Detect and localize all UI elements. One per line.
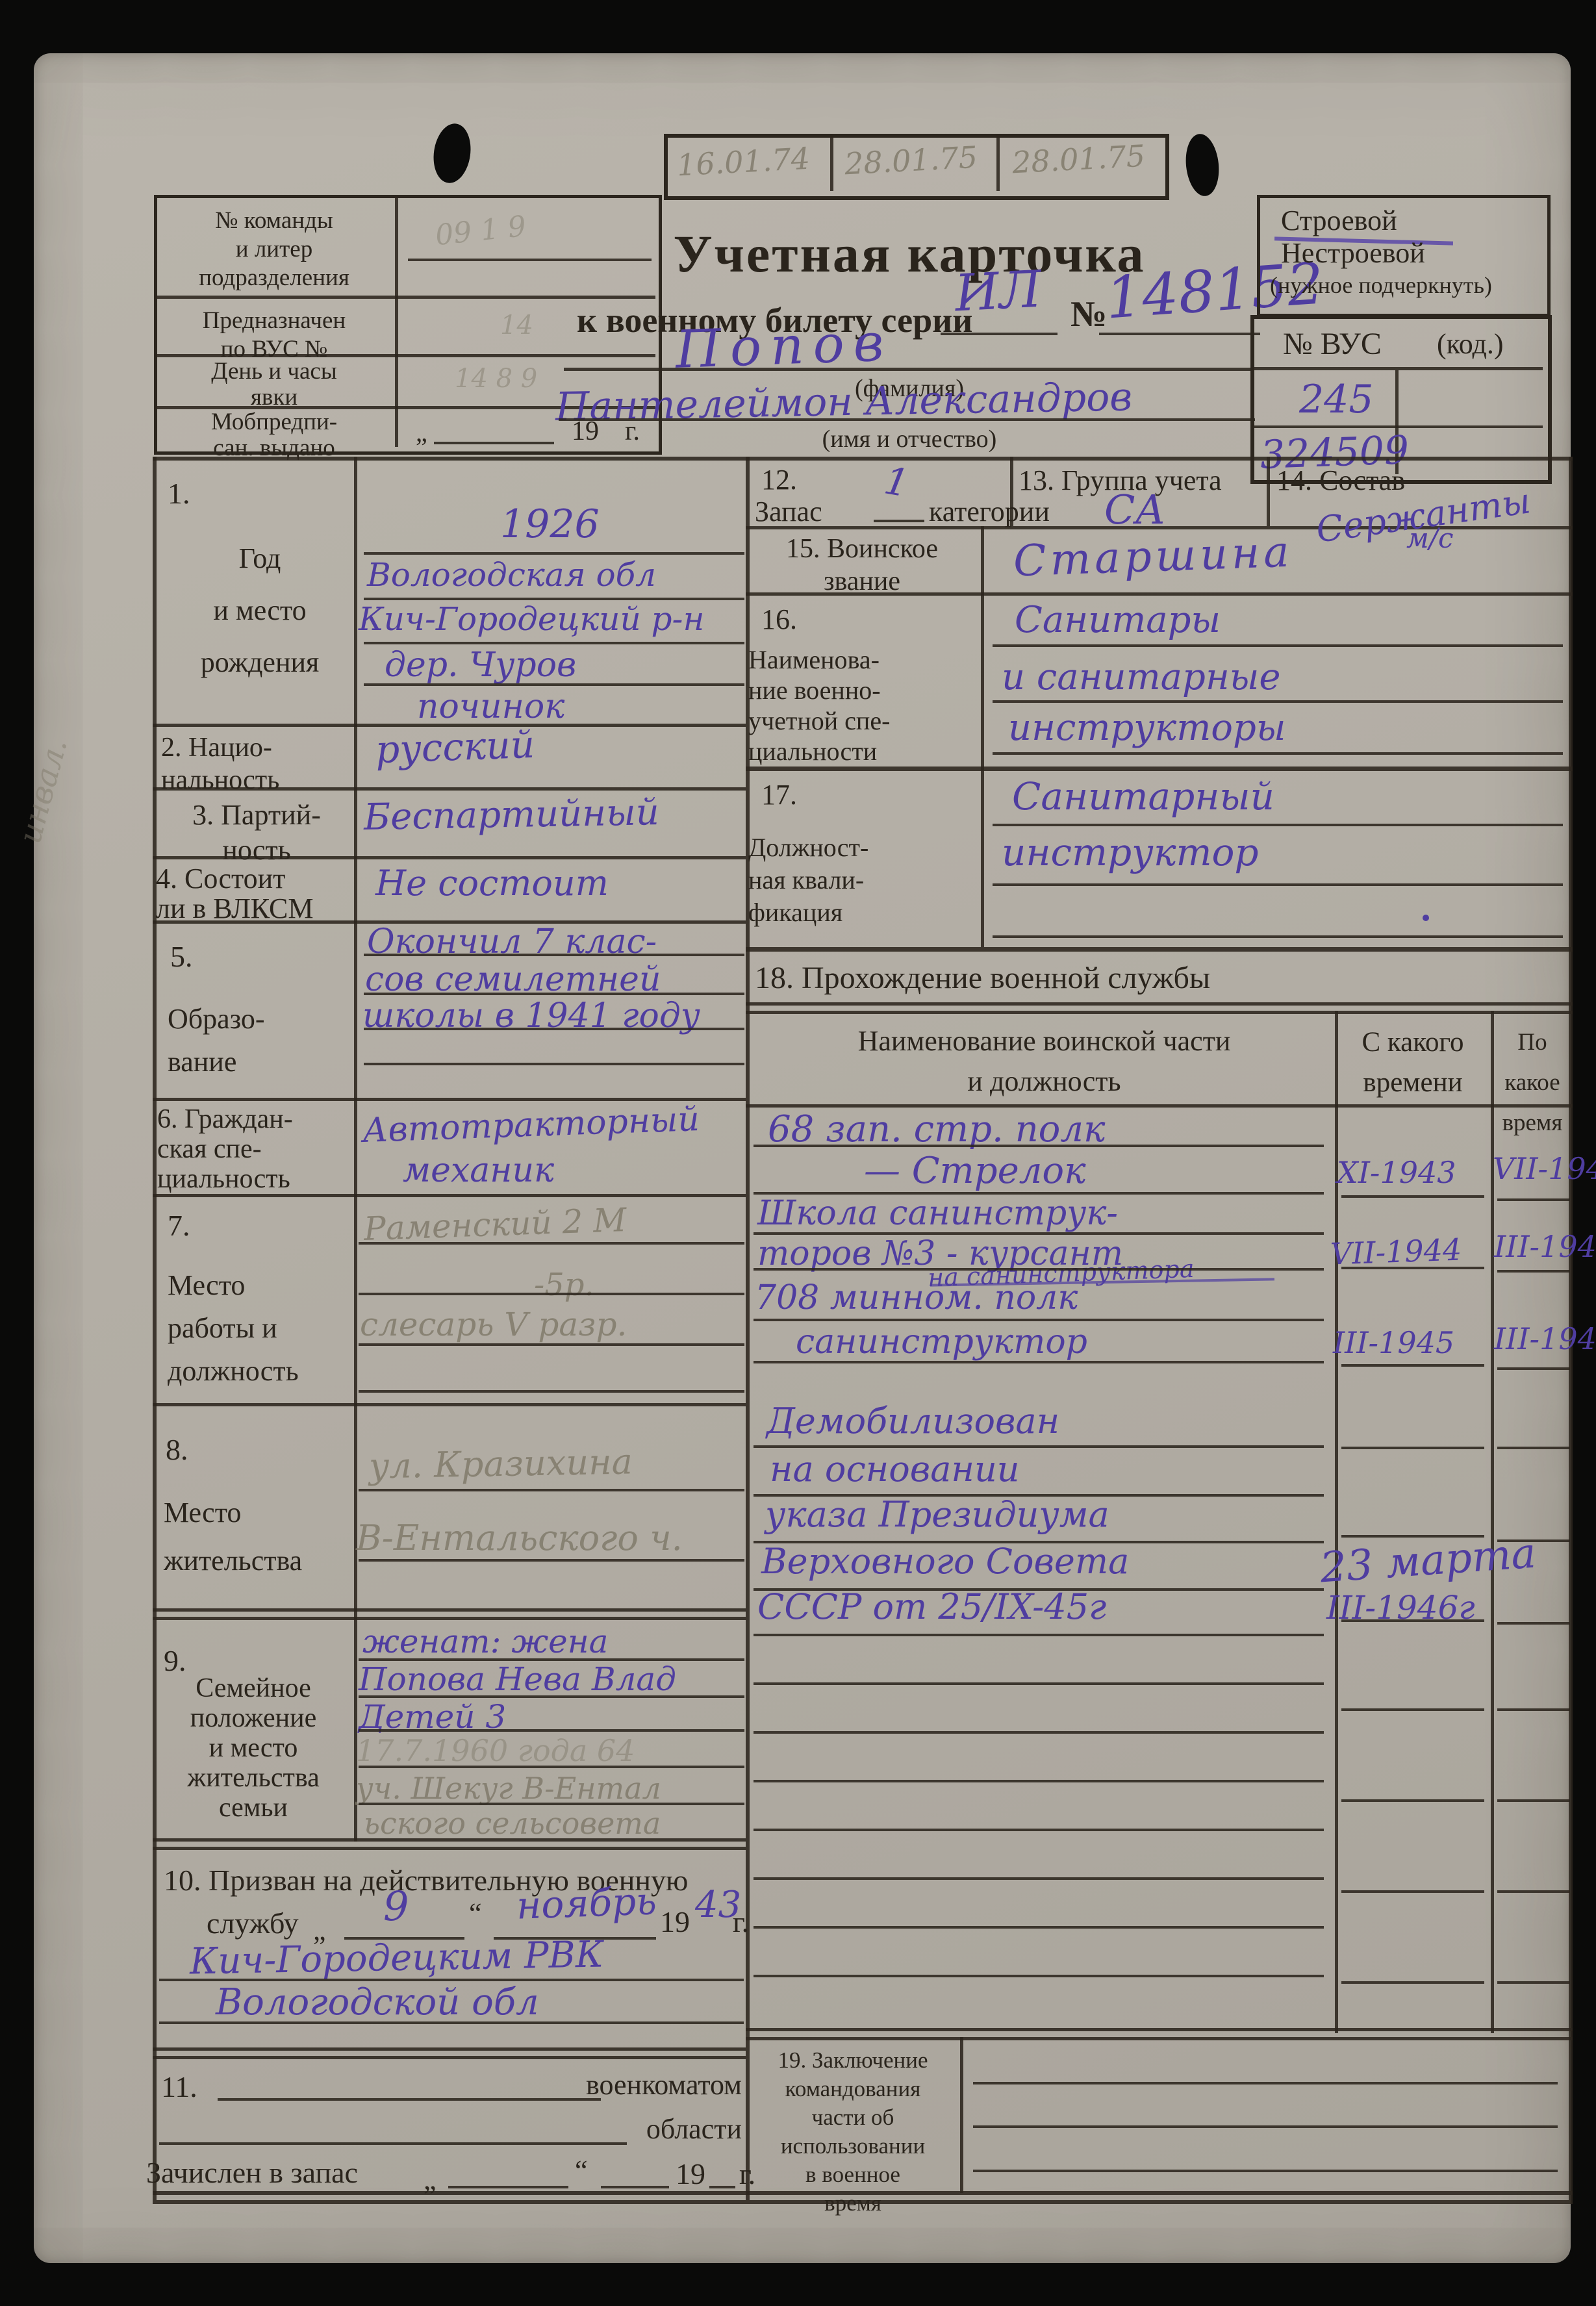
field11-voenkomat: военкоматом: [572, 2068, 742, 2101]
field1-year: 1926: [500, 501, 600, 547]
write-line: [364, 1028, 744, 1030]
reg-row-label: № команды и литер подразделения: [157, 207, 391, 292]
field-rule: [153, 2056, 746, 2059]
service-row1-position: — Стрелок: [864, 1150, 1086, 1192]
field10-month: ноябрь: [516, 1879, 657, 1927]
write-line: [993, 883, 1563, 886]
reg-row-label: Предназначен по ВУС №: [157, 307, 391, 364]
write-line: [1497, 1270, 1570, 1273]
write-line: [754, 1319, 1324, 1321]
write-line: [754, 1634, 1324, 1636]
field7-line2: -5р.: [534, 1267, 594, 1303]
stamp-date: 28.01.75: [844, 140, 978, 182]
write-line: [754, 1877, 1324, 1880]
field10-day: 9: [383, 1882, 409, 1930]
field3-label: 3. Партий- ность: [159, 798, 354, 868]
label-divider: [960, 2037, 963, 2193]
write-line: [993, 824, 1563, 826]
field6-label: 6. Граждан- ская спе- циальность: [157, 1104, 355, 1194]
field1-village: дер. Чуров: [385, 646, 576, 685]
field2-value: русский: [375, 722, 535, 772]
service-row2-from: VII-1944: [1330, 1232, 1462, 1271]
field9-label: Семейное положение и место жительства се…: [156, 1673, 351, 1823]
service-row2-unit1: Школа санинструк-: [757, 1194, 1118, 1233]
write-line: [1341, 1708, 1484, 1711]
service-row3-unit: 708 минном. полк: [755, 1278, 1078, 1317]
field-rule: [153, 1194, 746, 1197]
field8-label: Место жительства: [164, 1489, 352, 1585]
write-line: [973, 2170, 1558, 2172]
demob-line3: указа Президиума: [765, 1494, 1109, 1535]
combat-line3: (нужное подчеркнуть): [1270, 272, 1492, 299]
field16-number: 16.: [761, 603, 797, 636]
service-row3-from: III-1945: [1333, 1325, 1454, 1360]
table-col2-header: С какого времени: [1337, 1022, 1489, 1103]
field16-line1: Санитары: [1015, 599, 1221, 641]
write-line: [1497, 1799, 1570, 1802]
write-line: [364, 642, 744, 644]
ink-dot: [1423, 915, 1429, 921]
write-line: [364, 954, 744, 956]
field-rule: [153, 1617, 746, 1620]
divider: [1267, 457, 1270, 526]
write-line: [709, 2186, 735, 2188]
write-line: [1497, 1890, 1570, 1893]
divider: [996, 135, 1000, 191]
field10-label2: службу: [207, 1906, 299, 1940]
write-line: [359, 1559, 744, 1562]
write-line: [1497, 1981, 1570, 1984]
write-line: [754, 1361, 1324, 1363]
frame-rule: [153, 457, 157, 2200]
write-line: [1497, 1447, 1570, 1449]
write-line: [754, 1975, 1324, 1977]
field-rule: [746, 947, 1573, 952]
quote-mark: „: [416, 417, 427, 448]
divider: [395, 196, 398, 447]
field12-number: 12.: [761, 463, 797, 496]
field-rule: [153, 1847, 746, 1850]
write-line: [218, 2098, 601, 2101]
write-line: [1341, 1447, 1484, 1449]
field13-value-handwriting: СА: [1104, 486, 1165, 533]
field14-label: 14. Состав: [1276, 464, 1405, 497]
write-line: [993, 935, 1563, 938]
year-19: 19: [676, 2157, 705, 2191]
write-line: [359, 1489, 744, 1491]
field8-line2: В-Ентальского ч.: [356, 1517, 683, 1558]
field9-line4: 17.7.1960 года 64: [356, 1733, 635, 1768]
write-line: [973, 2125, 1558, 2128]
demob-line2: на основании: [770, 1449, 1020, 1489]
field2-label: 2. Нацио- нальность: [161, 731, 356, 796]
write-line: [434, 442, 554, 444]
field8-line1: ул. Кразихина: [368, 1441, 633, 1486]
write-line: [1341, 1981, 1484, 1984]
write-line: [754, 1445, 1324, 1448]
field16-line3: инструкторы: [1008, 707, 1286, 749]
field17-line1: Санитарный: [1012, 774, 1274, 818]
field1-number: 1.: [168, 476, 190, 511]
write-line: [1341, 1267, 1484, 1269]
write-line: [941, 333, 1058, 335]
write-line: [408, 259, 652, 261]
table-col3-header: По какое время: [1491, 1022, 1573, 1143]
field4-label: 4. Состоит ли в ВЛКСМ: [156, 864, 357, 924]
write-line: [1497, 1708, 1570, 1711]
field8-number: 8.: [166, 1432, 188, 1467]
demob-date2-handwriting: III-1946г: [1326, 1589, 1475, 1627]
field16-label: Наименова- ние военно- учетной спе- циал…: [748, 644, 972, 767]
field10-oblast: Вологодской обл: [216, 1981, 539, 2023]
number-sign: №: [1070, 294, 1107, 335]
write-line: [159, 2021, 744, 2024]
scanned-card-page: инвал. № команды и литер подразделения 0…: [0, 0, 1596, 2306]
field-rule: [746, 1011, 1573, 1014]
field-rule: [153, 2047, 746, 2051]
write-line: [601, 2186, 669, 2188]
combat-line2: Нестроевой: [1281, 236, 1425, 270]
combat-line1: Строевой: [1281, 204, 1397, 237]
year-g: г.: [733, 1905, 749, 1939]
field-rule: [746, 767, 1573, 771]
field17-line2: инструктор: [1002, 830, 1259, 874]
field10-rvk: Кич-Городецким РВК: [189, 1933, 603, 1983]
year-19: 19: [660, 1905, 690, 1939]
field-rule: [746, 1002, 1573, 1006]
field5-label: Образо- вание: [168, 998, 356, 1083]
write-line: [159, 2142, 627, 2145]
write-line: [993, 752, 1563, 755]
write-line: [1497, 1622, 1570, 1625]
field1-label: Год и место рождения: [166, 533, 354, 689]
write-line: [1497, 1367, 1570, 1370]
write-line: [754, 1731, 1324, 1734]
field-rule: [153, 1608, 746, 1612]
field9-line2: Попова Нева Влад: [359, 1660, 676, 1698]
table-col1-header: Наименование воинской части и должность: [763, 1021, 1325, 1102]
quote-mark: “: [575, 2154, 588, 2187]
write-line: [754, 1926, 1324, 1929]
write-line: [1099, 333, 1260, 335]
write-line: [754, 1682, 1324, 1685]
divider: [155, 296, 655, 299]
write-line: [359, 1729, 744, 1732]
field6-line2: механик: [403, 1151, 554, 1190]
field15-rank-handwriting: Старшина: [1013, 527, 1294, 587]
service-row1-from: XI-1943: [1337, 1155, 1456, 1190]
service-row3-position: санинструктор: [796, 1323, 1087, 1362]
reg-row-value: 14: [500, 310, 533, 340]
field1-district: Кич-Городецкий р-н: [359, 600, 704, 638]
write-line: [359, 1293, 744, 1295]
reg-row-label: Мобпредпи- сан. выдано: [157, 409, 391, 461]
field12-kategorii: категории: [929, 495, 1050, 528]
field7-number: 7.: [168, 1208, 190, 1243]
field9-line5: уч. Шекуг В-Ентал: [356, 1771, 661, 1806]
divider: [830, 135, 833, 191]
vus-header: № ВУС: [1283, 326, 1382, 362]
write-line: [993, 700, 1563, 703]
write-line: [359, 1803, 744, 1805]
write-line: [1341, 1364, 1484, 1367]
write-line: [364, 552, 744, 555]
stamp-date: 28.01.75: [1011, 138, 1146, 181]
demob-line4: Верховного Совета: [761, 1541, 1129, 1582]
field5-number: 5.: [170, 939, 193, 974]
write-line: [359, 1766, 744, 1768]
write-line: [754, 1829, 1324, 1831]
write-line: [754, 1145, 1324, 1147]
field11-number: 11.: [161, 2070, 197, 2104]
demob-line5: СССР от 25/IX-45г: [757, 1586, 1106, 1627]
field-rule: [153, 1403, 746, 1406]
field1-region: Вологодская обл: [367, 556, 656, 594]
card-title: Учетная карточка: [663, 223, 1156, 285]
series-handwriting: ИЛ: [954, 260, 1043, 323]
write-line: [564, 368, 1254, 371]
field12-zapas: Запас: [755, 495, 822, 528]
write-line: [754, 1268, 1324, 1271]
write-line: [359, 1390, 744, 1393]
demob-line1: Демобилизован: [766, 1400, 1059, 1441]
reg-row-label: День и часы явки: [157, 359, 391, 411]
service-row1-to: VII-1944: [1493, 1151, 1596, 1186]
write-line: [359, 1343, 744, 1346]
quote-mark: „: [424, 2163, 437, 2196]
name-caption: (имя и отчество): [734, 425, 1085, 453]
field9-line6: ьского сельсовета: [364, 1806, 661, 1841]
field11-oblast: области: [624, 2112, 742, 2146]
section19-label: 19. Заключение командования части об исп…: [746, 2046, 960, 2218]
write-line: [754, 1780, 1324, 1782]
write-line: [359, 1242, 744, 1245]
field1-settlement: починок: [417, 687, 564, 726]
field3-value: Беспартийный: [363, 791, 659, 839]
stamp-date: 16.01.74: [676, 141, 811, 183]
write-line: [559, 418, 1255, 421]
label-divider: [981, 526, 984, 947]
field17-label: Должност- ная квали- фикация: [748, 831, 963, 929]
field7-label: Место работы и должность: [168, 1264, 349, 1393]
quote-mark: “: [469, 1897, 482, 1930]
write-line: [973, 2082, 1558, 2084]
vus-code-header: (код.): [1437, 327, 1504, 361]
write-line: [1341, 1799, 1484, 1802]
write-line: [1497, 1198, 1570, 1201]
field7-line3: слесарь V разр.: [360, 1306, 627, 1343]
reg-row-value: 14 8 9: [455, 364, 537, 394]
service-row3-to: III-1946: [1494, 1321, 1596, 1356]
vus-number-handwriting: 245: [1299, 377, 1374, 422]
field15-ms-handwriting: м/с: [1406, 522, 1454, 554]
write-line: [874, 520, 924, 522]
field16-line2: и санитарные: [1002, 656, 1281, 698]
field9-line1: женат: жена: [362, 1623, 609, 1660]
field-rule: [746, 2037, 1573, 2040]
field-rule: [746, 2028, 1573, 2031]
write-line: [364, 683, 744, 686]
write-line: [364, 1063, 744, 1065]
field17-number: 17.: [761, 778, 797, 811]
write-line: [1341, 1195, 1484, 1198]
field11-zachislen: Зачислен в запас: [146, 2155, 358, 2190]
section18-title: 18. Прохождение военной службы: [755, 960, 1210, 996]
frame-rule: [153, 457, 1573, 461]
field15-label: 15. Воинское звание: [748, 533, 976, 598]
write-line: [1341, 1890, 1484, 1893]
field4-value: Не состоит: [375, 863, 609, 904]
table-header-rule: [746, 1104, 1573, 1108]
service-row2-to: III-1945: [1494, 1229, 1596, 1264]
write-line: [993, 644, 1563, 647]
write-line: [364, 993, 744, 995]
write-line: [448, 2186, 568, 2188]
